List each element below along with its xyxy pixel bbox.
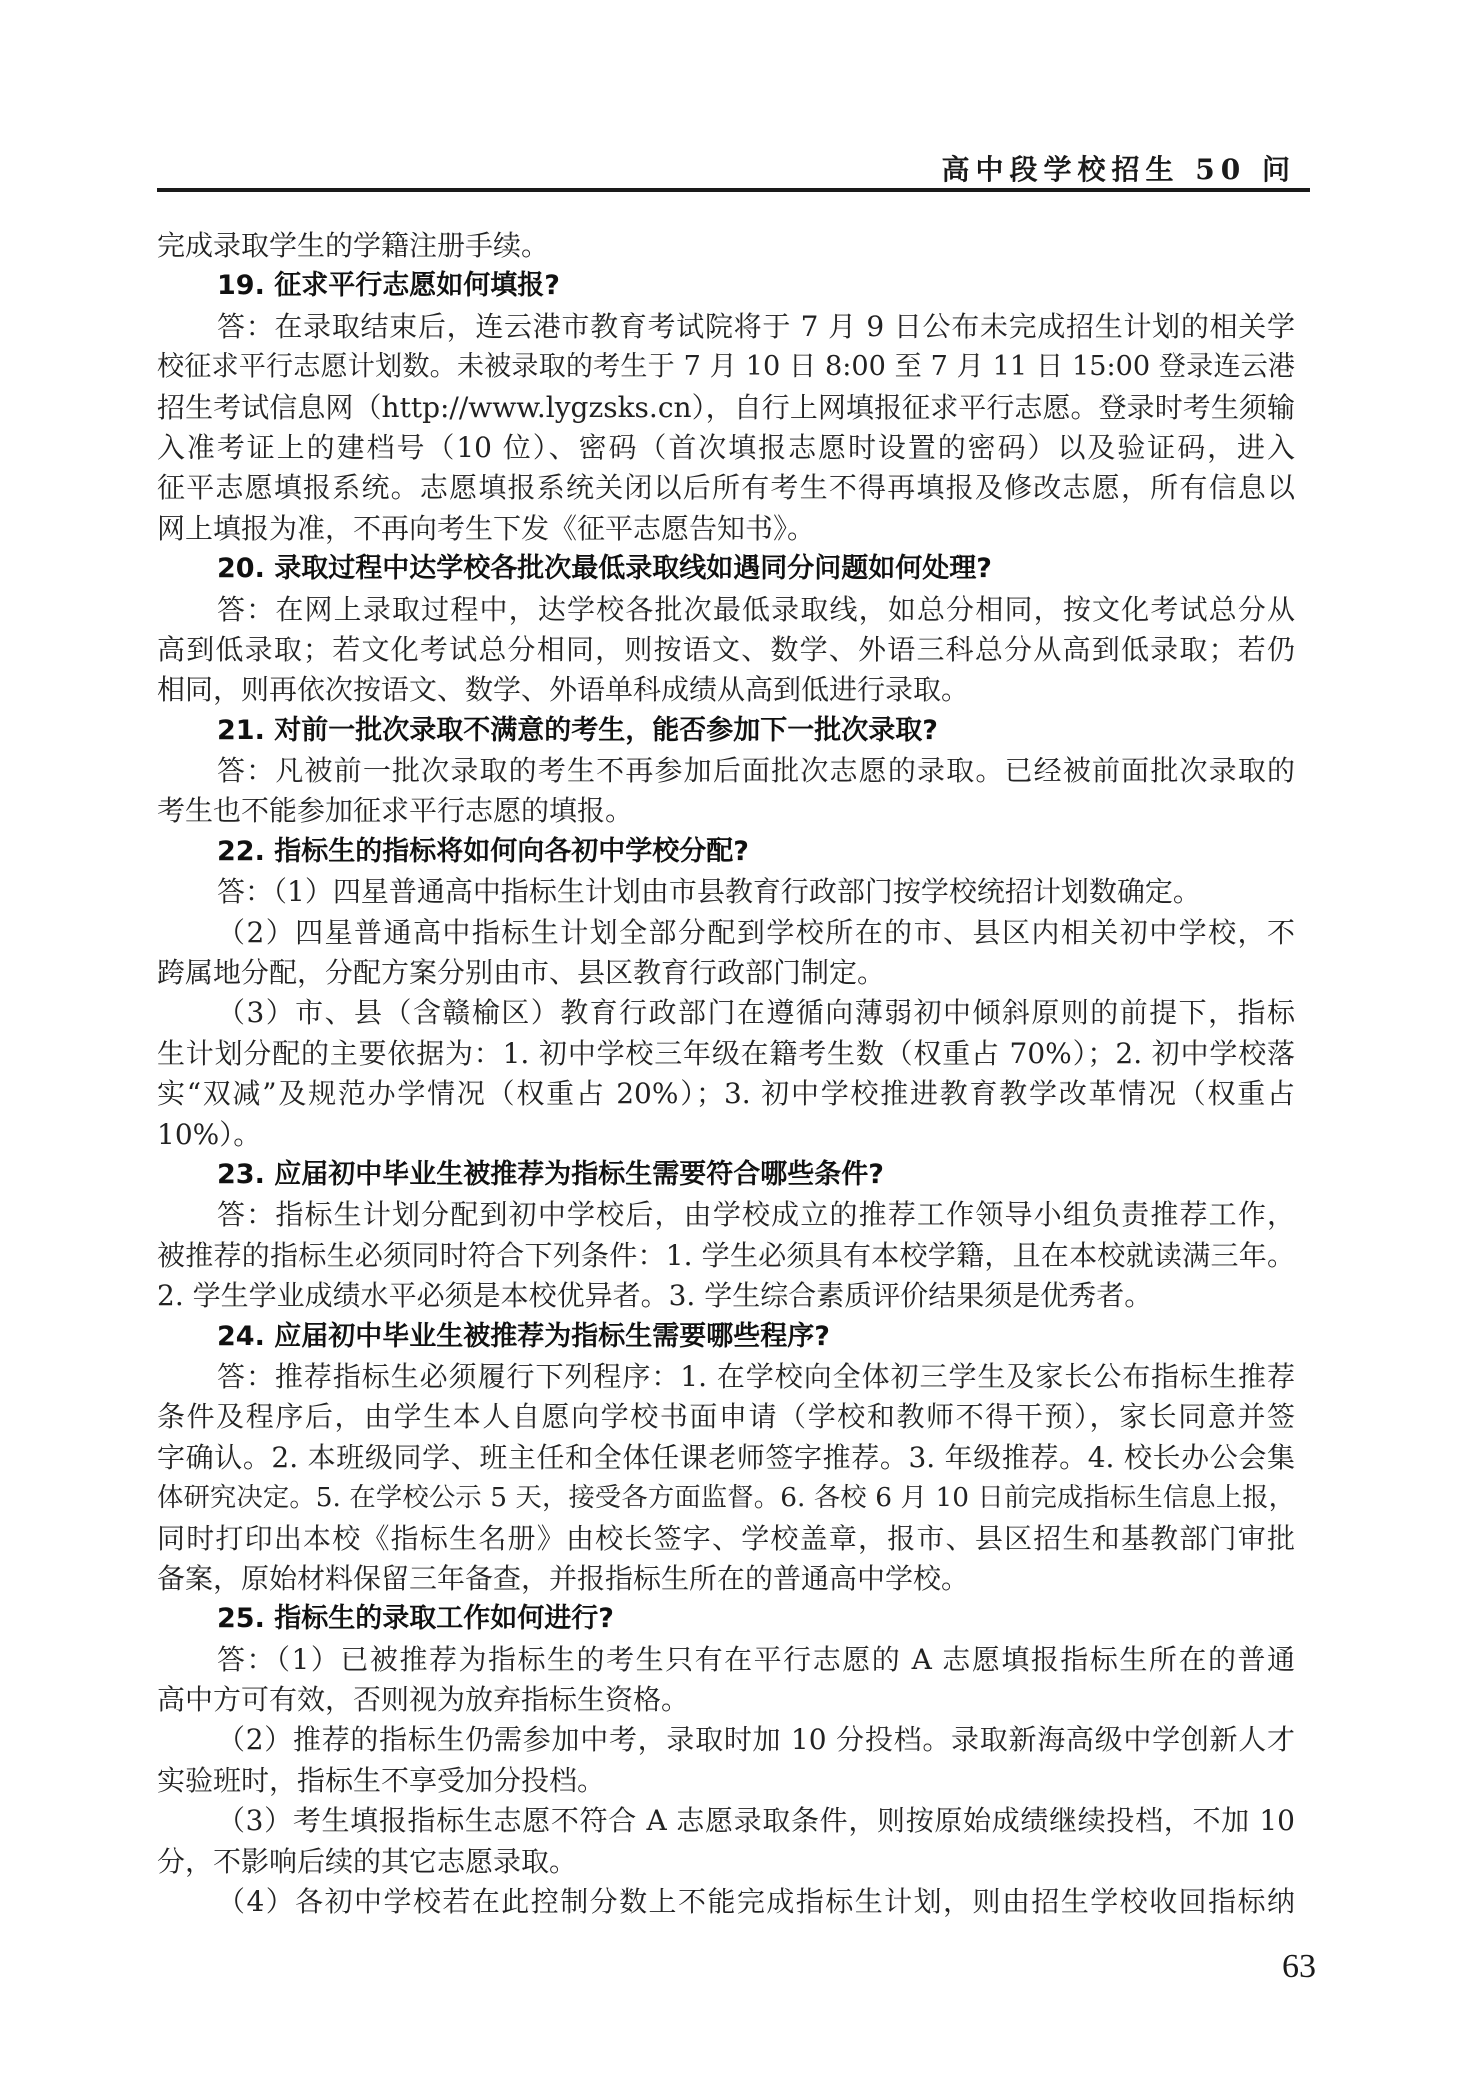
question-heading: 24. 应届初中毕业生被推荐为指标生需要哪些程序? — [157, 1317, 1295, 1357]
paragraph-line: 高中方可有效，否则视为放弃指标生资格。 — [157, 1680, 1295, 1720]
paragraph-first-line: 答：在网上录取过程中，达学校各批次最低录取线，如总分相同，按文化考试总分从 — [157, 590, 1295, 630]
paragraph-line: 完成录取学生的学籍注册手续。 — [157, 226, 1295, 266]
paragraph-line: 实验班时，指标生不享受加分投档。 — [157, 1761, 1295, 1801]
question-heading: 23. 应届初中毕业生被推荐为指标生需要符合哪些条件? — [157, 1155, 1295, 1195]
paragraph-first-line: （2）推荐的指标生仍需参加中考，录取时加 10 分投档。录取新海高级中学创新人才 — [157, 1720, 1295, 1760]
paragraph-line: 同时打印出本校《指标生名册》由校长签字、学校盖章，报市、县区招生和基教部门审批 — [157, 1519, 1295, 1559]
paragraph-line: 字确认。2. 本班级同学、班主任和全体任课老师签字推荐。3. 年级推荐。4. 校… — [157, 1438, 1295, 1478]
paragraph-first-line: （3）市、县（含赣榆区）教育行政部门在遵循向薄弱初中倾斜原则的前提下，指标 — [157, 993, 1295, 1033]
question-heading: 25. 指标生的录取工作如何进行? — [157, 1599, 1295, 1639]
running-title: 高中段学校招生 50 问 — [942, 148, 1296, 188]
paragraph-line: 征平志愿填报系统。志愿填报系统关闭以后所有考生不得再填报及修改志愿，所有信息以 — [157, 468, 1295, 508]
paragraph-first-line: 答：指标生计划分配到初中学校后，由学校成立的推荐工作领导小组负责推荐工作， — [157, 1195, 1295, 1235]
page-number: 63 — [1282, 1948, 1316, 1986]
paragraph-line: 网上填报为准，不再向考生下发《征平志愿告知书》。 — [157, 509, 1295, 549]
paragraph-first-line: （2）四星普通高中指标生计划全部分配到学校所在的市、县区内相关初中学校，不 — [157, 913, 1295, 953]
paragraph-line: 分，不影响后续的其它志愿录取。 — [157, 1842, 1295, 1882]
paragraph-line: 高到低录取；若文化考试总分相同，则按语文、数学、外语三科总分从高到低录取；若仍 — [157, 630, 1295, 670]
paragraph-first-line: （3）考生填报指标生志愿不符合 A 志愿录取条件，则按原始成绩继续投档，不加 1… — [157, 1801, 1295, 1841]
question-heading: 19. 征求平行志愿如何填报? — [157, 266, 1295, 306]
paragraph-line: 条件及程序后，由学生本人自愿向学校书面申请（学校和教师不得干预），家长同意并签 — [157, 1397, 1295, 1437]
paragraph-line: 10%）。 — [157, 1115, 1295, 1155]
running-head: 高中段学校招生 50 问 — [157, 140, 1310, 194]
paragraph-line: 被推荐的指标生必须同时符合下列条件：1. 学生必须具有本校学籍，且在本校就读满三… — [157, 1236, 1295, 1276]
paragraph-line: 备案，原始材料保留三年备查，并报指标生所在的普通高中学校。 — [157, 1559, 1295, 1599]
paragraph-line: 相同，则再依次按语文、数学、外语单科成绩从高到低进行录取。 — [157, 670, 1295, 710]
paragraph-line: 实“双减”及规范办学情况（权重占 20%）；3. 初中学校推进教育教学改革情况（… — [157, 1074, 1295, 1114]
paragraph-first-line: 答：（1）已被推荐为指标生的考生只有在平行志愿的 A 志愿填报指标生所在的普通 — [157, 1640, 1295, 1680]
paragraph-line: 考生也不能参加征求平行志愿的填报。 — [157, 791, 1295, 831]
paragraph-line: 跨属地分配，分配方案分别由市、县区教育行政部门制定。 — [157, 953, 1295, 993]
paragraph-first-line: （4）各初中学校若在此控制分数上不能完成指标生计划，则由招生学校收回指标纳 — [157, 1882, 1295, 1922]
paragraph-first-line: 答：在录取结束后，连云港市教育考试院将于 7 月 9 日公布未完成招生计划的相关… — [157, 307, 1295, 347]
paragraph-line: 体研究决定。5. 在学校公示 5 天，接受各方面监督。6. 各校 6 月 10 … — [157, 1478, 1295, 1518]
paragraph-first-line: 答：推荐指标生必须履行下列程序：1. 在学校向全体初三学生及家长公布指标生推荐 — [157, 1357, 1295, 1397]
header-rule — [157, 188, 1310, 192]
question-heading: 22. 指标生的指标将如何向各初中学校分配? — [157, 832, 1295, 872]
paragraph-first-line: 答：凡被前一批次录取的考生不再参加后面批次志愿的录取。已经被前面批次录取的 — [157, 751, 1295, 791]
question-heading: 21. 对前一批次录取不满意的考生，能否参加下一批次录取? — [157, 711, 1295, 751]
paragraph-line: 生计划分配的主要依据为：1. 初中学校三年级在籍考生数（权重占 70%）；2. … — [157, 1034, 1295, 1074]
page-body: 完成录取学生的学籍注册手续。19. 征求平行志愿如何填报?答：在录取结束后，连云… — [157, 226, 1295, 1922]
question-heading: 20. 录取过程中达学校各批次最低录取线如遇同分问题如何处理? — [157, 549, 1295, 589]
paragraph-line: 入准考证上的建档号（10 位）、密码（首次填报志愿时设置的密码）以及验证码，进入 — [157, 428, 1295, 468]
paragraph-line: 校征求平行志愿计划数。未被录取的考生于 7 月 10 日 8:00 至 7 月 … — [157, 347, 1295, 387]
paragraph-first-line: 答：（1）四星普通高中指标生计划由市县教育行政部门按学校统招计划数确定。 — [157, 872, 1295, 912]
paragraph-line: 2. 学生学业成绩水平必须是本校优异者。3. 学生综合素质评价结果须是优秀者。 — [157, 1276, 1295, 1316]
paragraph-line: 招生考试信息网（http://www.lygzsks.cn），自行上网填报征求平… — [157, 388, 1295, 428]
